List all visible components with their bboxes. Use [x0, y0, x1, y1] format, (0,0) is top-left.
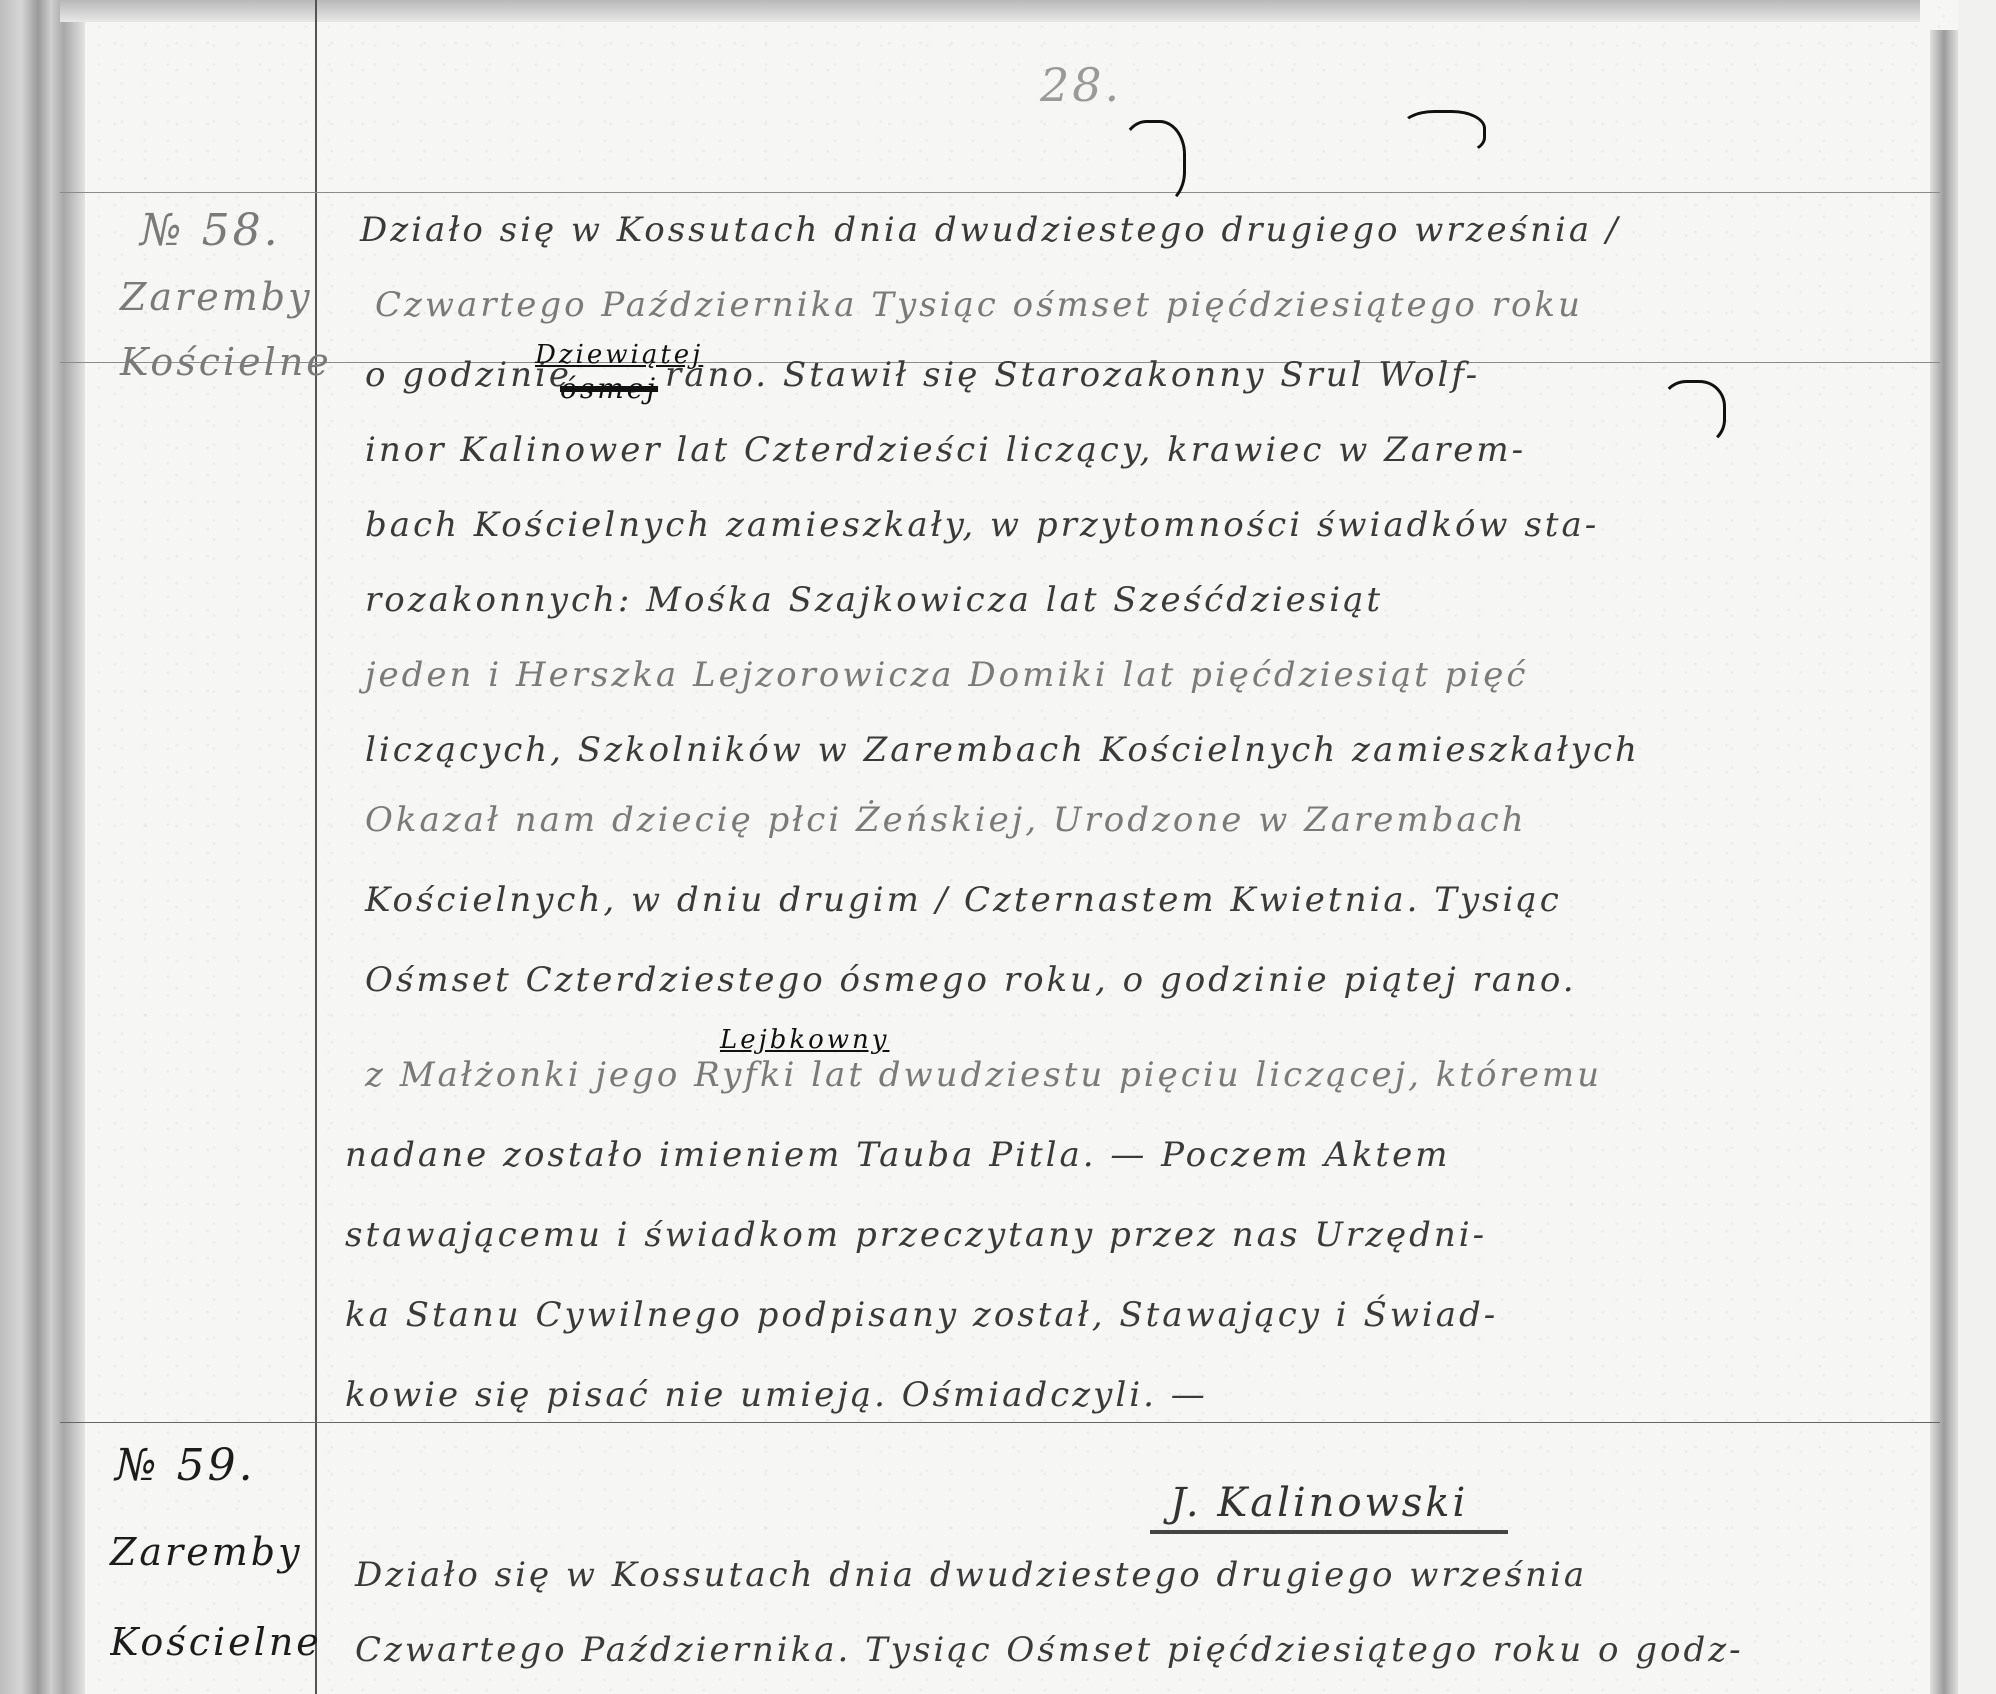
record-line: inor Kalinower lat Czterdzieści liczący,… [365, 430, 1526, 470]
book-binding [0, 0, 85, 1694]
record-line: z Małżonki jego Ryfki lat dwudziestu pię… [365, 1055, 1602, 1095]
record-line: nadane zostało imieniem Tauba Pitla. — P… [345, 1135, 1450, 1175]
record-line: liczących, Szkolników w Zarembach Koście… [365, 730, 1640, 770]
record-line: kowie się pisać nie umieją. Ośmiadczyli.… [345, 1375, 1208, 1415]
record-line: Ośmset Czterdziestego ósmego roku, o god… [365, 960, 1577, 1000]
ink-mark [1120, 120, 1186, 206]
record-line: stawającemu i świadkom przeczytany przez… [345, 1215, 1487, 1255]
official-signature: J. Kalinowski [1150, 1480, 1508, 1534]
page-number: 28. [1040, 58, 1122, 112]
margin-village: Zaremby [110, 1530, 303, 1574]
document-page: 28. № 58. Zaremby Kościelne Działo się w… [0, 0, 1996, 1694]
record-line: Okazał nam dziecię płci Żeńskiej, Urodzo… [365, 800, 1527, 840]
inserted-surname: Lejbkowny [720, 1025, 889, 1055]
ink-mark [1400, 110, 1486, 156]
record-line: bach Kościelnych zamieszkały, w przytomn… [365, 505, 1599, 545]
page-fold-shadow [1930, 30, 1958, 1694]
margin-parish: Kościelne [110, 1620, 322, 1660]
record-line: rano. Stawił się Starozakonny Srul Wolf- [665, 355, 1480, 395]
ruled-line [60, 192, 1940, 193]
record-line: Kościelnych, w dniu drugim / Czternastem… [365, 880, 1562, 920]
record-line: ka Stanu Cywilnego podpisany został, Sta… [345, 1295, 1498, 1335]
adjacent-page-edge [1958, 0, 1996, 1694]
entry-number: № 58. [140, 205, 281, 256]
record-line: Czwartego Paździer­nika Tysiąc ośmset pi… [375, 285, 1583, 325]
record-line: Czwartego Października. Tysiąc Ośmset pi… [355, 1630, 1744, 1670]
record-line: Działo się w Kossutach dnia dwudziestego… [360, 210, 1620, 250]
page-top-edge [60, 0, 1920, 22]
margin-village: Zaremby [120, 275, 313, 319]
margin-parish: Kościelne [120, 340, 332, 384]
record-line: Działo się w Kossutach dnia dwudziestego… [355, 1555, 1587, 1595]
entry-number: № 59. [115, 1440, 256, 1491]
entry-separator-line [60, 1422, 1940, 1423]
struck-hour-word: ósmej [560, 372, 658, 405]
ink-mark [1660, 380, 1726, 446]
record-line: jeden i Herszka Lejzorowicza Domiki lat … [365, 655, 1528, 695]
record-line: rozakonnych: Mośka Szajkowicza lat Sześć… [365, 580, 1383, 620]
margin-rule [315, 0, 317, 1694]
